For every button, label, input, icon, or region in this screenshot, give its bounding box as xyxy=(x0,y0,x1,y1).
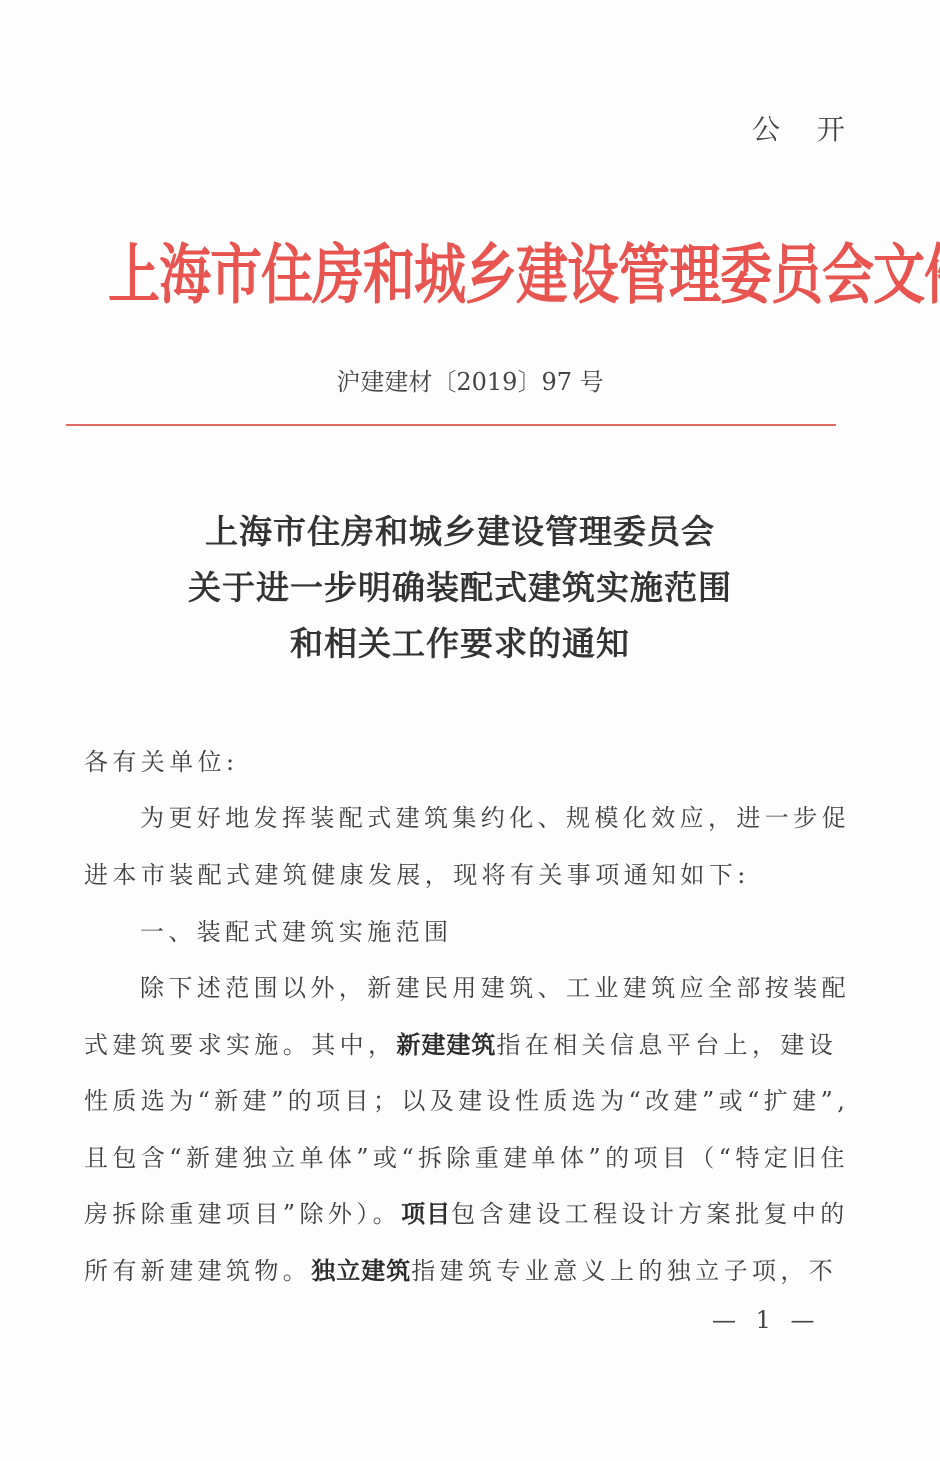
salutation: 各有关单位: xyxy=(84,742,844,777)
red-divider-rule xyxy=(66,424,836,426)
paragraph-text: 式建筑要求实施。其中， xyxy=(84,1031,396,1059)
paragraph-line-5: 房拆除重建项目”除外）。项目包含建设工程设计方案批复中的 xyxy=(84,1194,844,1229)
page-number: — 1 — xyxy=(712,1306,821,1334)
paragraph-text: 指建筑专业意义上的独立子项，不 xyxy=(411,1257,837,1285)
paragraph-line-1: 除下述范围以外，新建民用建筑、工业建筑应全部按装配 xyxy=(140,968,900,1003)
section-heading-1: 一、装配式建筑实施范围 xyxy=(140,912,900,947)
document-title-line-3: 和相关工作要求的通知 xyxy=(0,618,920,665)
paragraph-text: 指在相关信息平台上，建设 xyxy=(496,1031,837,1059)
paragraph-line-6: 所有新建建筑物。独立建筑指建筑专业意义上的独立子项，不 xyxy=(84,1251,844,1286)
paragraph-line-2: 式建筑要求实施。其中，新建建筑指在相关信息平台上，建设 xyxy=(84,1025,844,1060)
term-independent-building: 独立建筑 xyxy=(311,1257,411,1285)
issuer-header-title: 上海市住房和城乡建设管理委员会文件 xyxy=(108,222,798,316)
term-project: 项目 xyxy=(401,1200,451,1228)
document-title-line-2: 关于进一步明确装配式建筑实施范围 xyxy=(0,562,920,609)
intro-line-2: 进本市装配式建筑健康发展，现将有关事项通知如下: xyxy=(84,855,844,890)
paragraph-text: 包含建设工程设计方案批复中的 xyxy=(451,1200,849,1228)
term-new-building: 新建建筑 xyxy=(396,1031,496,1059)
document-title-line-1: 上海市住房和城乡建设管理委员会 xyxy=(0,506,920,553)
paragraph-line-3: 性质选为“新建”的项目；以及建设性质选为“改建”或“扩建”, xyxy=(84,1081,844,1116)
intro-line-1: 为更好地发挥装配式建筑集约化、规模化效应，进一步促 xyxy=(140,798,900,833)
paragraph-text: 房拆除重建项目”除外）。 xyxy=(84,1200,401,1228)
paragraph-text: 所有新建建筑物。 xyxy=(84,1257,311,1285)
paragraph-line-4: 且包含“新建独立单体”或“拆除重建单体”的项目（“特定旧住 xyxy=(84,1138,844,1173)
document-number: 沪建建材〔2019〕97 号 xyxy=(0,362,940,397)
disclosure-label: 公 开 xyxy=(752,108,859,148)
